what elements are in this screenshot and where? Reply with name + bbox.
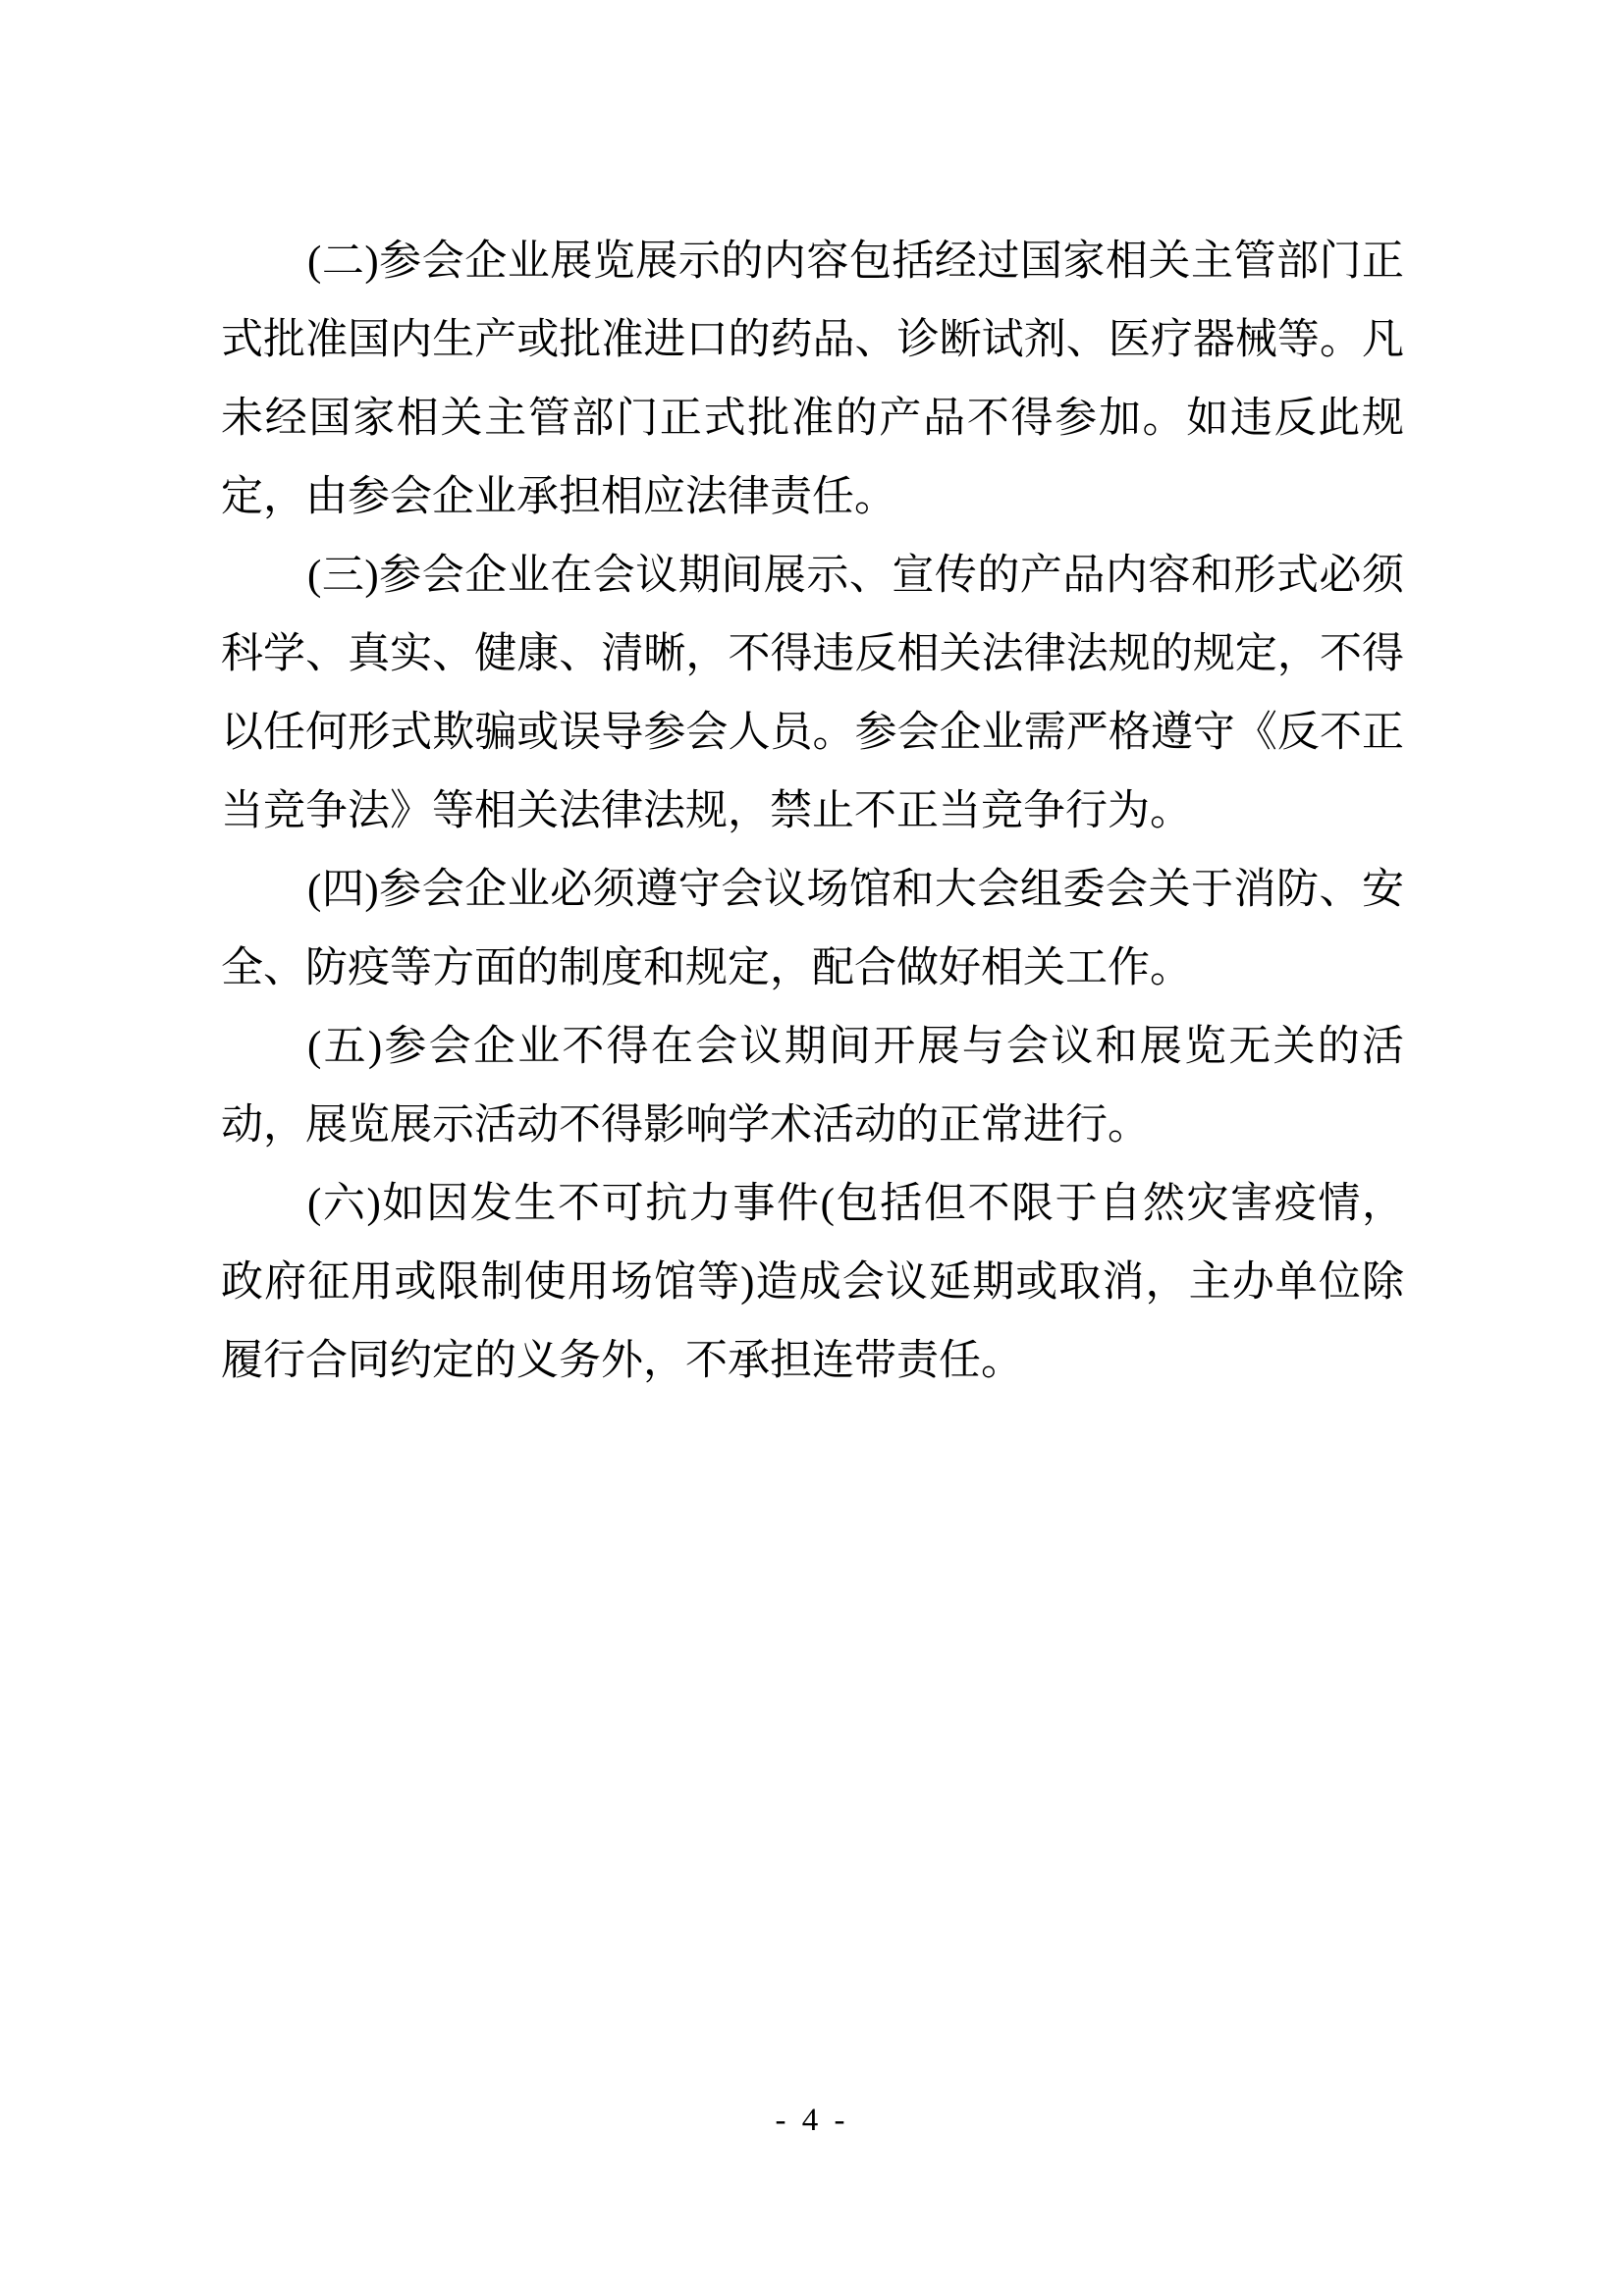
paragraph-clause-6: (六)如因发生不可抗力事件(包括但不限于自然灾害疫情，政府征用或限制使用场馆等)… bbox=[221, 1165, 1404, 1401]
paragraph-clause-5: (五)参会企业不得在会议期间开展与会议和展览无关的活动，展览展示活动不得影响学术… bbox=[221, 1008, 1404, 1165]
document-page: (二)参会企业展览展示的内容包括经过国家相关主管部门正式批准国内生产或批准进口的… bbox=[0, 0, 1624, 2296]
page-number: - 4 - bbox=[0, 2101, 1624, 2140]
paragraph-clause-3: (三)参会企业在会议期间展示、宣传的产品内容和形式必须科学、真实、健康、清晰，不… bbox=[221, 537, 1404, 851]
paragraph-clause-2: (二)参会企业展览展示的内容包括经过国家相关主管部门正式批准国内生产或批准进口的… bbox=[221, 223, 1404, 537]
document-body: (二)参会企业展览展示的内容包括经过国家相关主管部门正式批准国内生产或批准进口的… bbox=[221, 223, 1404, 1401]
paragraph-clause-4: (四)参会企业必须遵守会议场馆和大会组委会关于消防、安全、防疫等方面的制度和规定… bbox=[221, 851, 1404, 1008]
